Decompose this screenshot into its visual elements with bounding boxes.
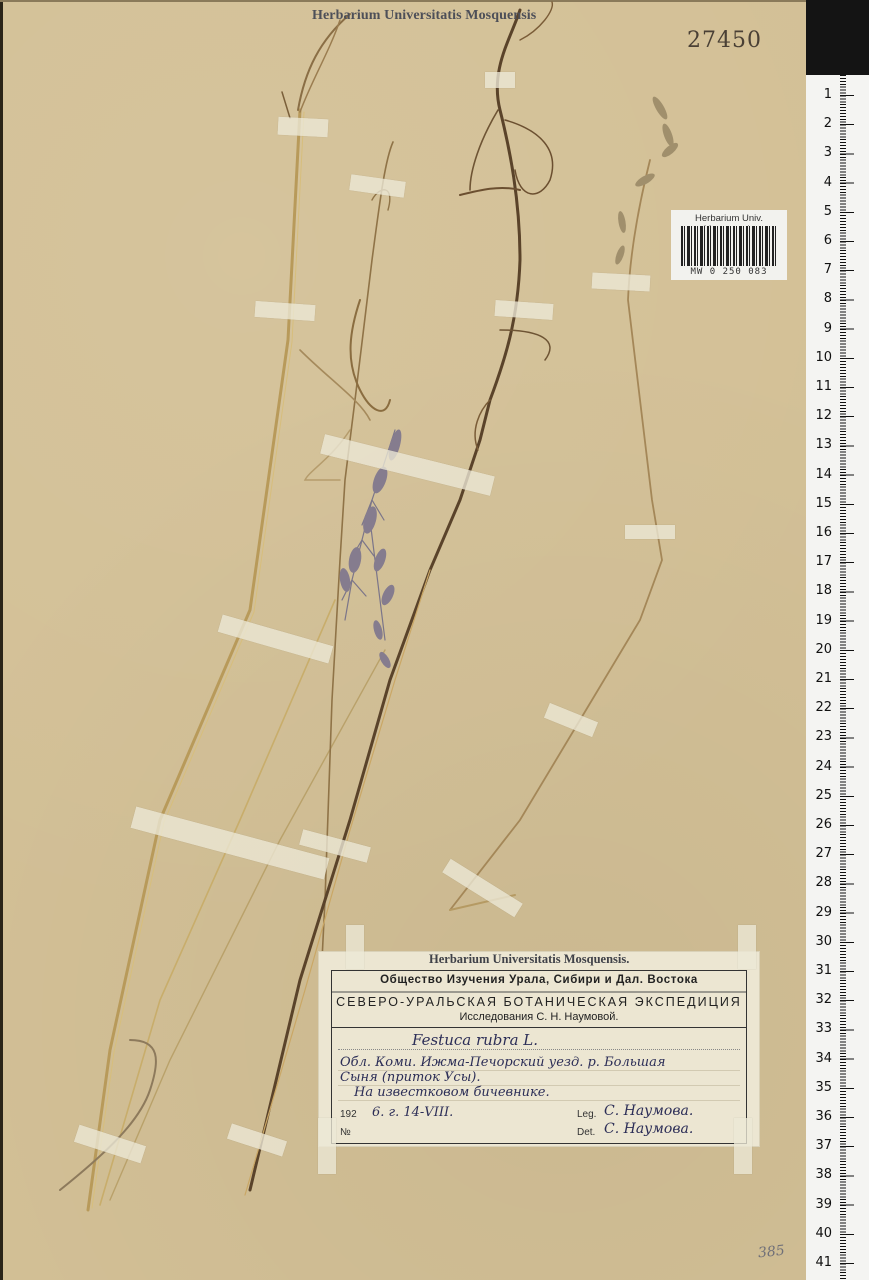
ruler-label: 14 xyxy=(815,467,832,482)
barcode-code: MW 0 250 083 xyxy=(671,267,787,277)
label-expedition: СЕВЕРО-УРАЛЬСКАЯ БОТАНИЧЕСКАЯ ЭКСПЕДИЦИЯ xyxy=(332,995,746,1009)
ruler-label: 20 xyxy=(815,642,832,657)
label-divider xyxy=(332,1027,746,1028)
ruler-label: 5 xyxy=(824,204,832,219)
determiner: С. Наумова. xyxy=(604,1121,693,1137)
cm-ruler: 1234567891011121314151617181920212223242… xyxy=(806,75,869,1280)
mounting-tape xyxy=(734,1118,752,1174)
ruler-label: 3 xyxy=(824,145,832,160)
det-label: Det. xyxy=(577,1127,595,1138)
ruler-label: 31 xyxy=(815,963,832,978)
ruler-label: 29 xyxy=(815,905,832,920)
locality-line-1: Обл. Коми. Ижма-Печорский уезд. р. Больш… xyxy=(340,1055,740,1070)
ruler-label: 39 xyxy=(815,1197,832,1212)
ruler-label: 13 xyxy=(815,437,832,452)
ruler-label: 19 xyxy=(815,613,832,628)
number-label: № xyxy=(340,1127,351,1138)
label-society: Общество Изучения Урала, Сибири и Дал. В… xyxy=(332,974,746,986)
ruler-label: 28 xyxy=(815,875,832,890)
ruler-label: 38 xyxy=(815,1167,832,1182)
label-herbarium-stamp: Herbarium Universitatis Mosquensis. xyxy=(429,952,629,967)
ruler-label: 30 xyxy=(815,934,832,949)
ruler-label: 18 xyxy=(815,583,832,598)
mounting-tape xyxy=(346,925,364,969)
ruler-ticks xyxy=(840,75,854,1280)
species-name: Festuca rubra L. xyxy=(412,1031,538,1049)
label-research: Исследования С. Н. Наумовой. xyxy=(332,1011,746,1023)
herbarium-sheet: Herbarium Universitatis Mosquensis 27450… xyxy=(0,0,806,1280)
ruler-label: 41 xyxy=(815,1255,832,1270)
scan-background xyxy=(806,0,869,75)
ruler-label: 2 xyxy=(824,116,832,131)
label-divider xyxy=(332,991,746,993)
locality-text: Обл. Коми. Ижма-Печорский уезд. р. Больш… xyxy=(340,1055,740,1100)
ruler-label: 1 xyxy=(824,87,832,102)
collection-date: 6. г. 14-VIII. xyxy=(372,1105,453,1120)
ruler-label: 22 xyxy=(815,700,832,715)
ruler-label: 27 xyxy=(815,846,832,861)
mounting-tape xyxy=(485,72,515,88)
locality-line-2: Сыня (приток Усы). xyxy=(340,1070,740,1085)
specimen-label: Herbarium Universitatis Mosquensis. Обще… xyxy=(318,951,760,1147)
ruler-label: 6 xyxy=(824,233,832,248)
label-frame: Общество Изучения Урала, Сибири и Дал. В… xyxy=(331,970,747,1144)
ruler-label: 36 xyxy=(815,1109,832,1124)
ruler-label: 12 xyxy=(815,408,832,423)
ruler-label: 21 xyxy=(815,671,832,686)
ruler-label: 10 xyxy=(815,350,832,365)
pencil-note: 385 xyxy=(757,1243,785,1262)
label-dotted-line xyxy=(338,1049,740,1050)
ruler-label: 26 xyxy=(815,817,832,832)
ruler-label: 7 xyxy=(824,262,832,277)
ruler-label: 23 xyxy=(815,729,832,744)
ruler-label: 25 xyxy=(815,788,832,803)
ruler-label: 34 xyxy=(815,1051,832,1066)
habitat: На известковом бичевнике. xyxy=(340,1085,740,1100)
accession-number: 27450 xyxy=(687,28,762,53)
barcode-label: Herbarium Univ. Mosquensis MW 0 250 083 xyxy=(671,210,787,280)
barcode-icon xyxy=(681,226,777,266)
ruler-label: 11 xyxy=(815,379,832,394)
ruler-label: 35 xyxy=(815,1080,832,1095)
ruler-label: 4 xyxy=(824,175,832,190)
mounting-tape xyxy=(278,117,329,138)
ruler-label: 24 xyxy=(815,759,832,774)
ruler-label: 33 xyxy=(815,1021,832,1036)
herbarium-stamp: Herbarium Universitatis Mosquensis xyxy=(312,8,536,24)
mounting-tape xyxy=(738,925,756,969)
label-rule xyxy=(338,1100,740,1101)
ruler-label: 37 xyxy=(815,1138,832,1153)
ruler-label: 16 xyxy=(815,525,832,540)
mounting-tape xyxy=(318,1118,336,1174)
ruler-label: 15 xyxy=(815,496,832,511)
ruler-label: 8 xyxy=(824,291,832,306)
mounting-tape xyxy=(625,525,675,539)
date-prefix: 192 xyxy=(340,1109,357,1120)
mounting-tape xyxy=(592,272,651,291)
ruler-label: 9 xyxy=(824,321,832,336)
ruler-label: 17 xyxy=(815,554,832,569)
collector: С. Наумова. xyxy=(604,1103,693,1119)
ruler-label: 32 xyxy=(815,992,832,1007)
ruler-label: 40 xyxy=(815,1226,832,1241)
leg-label: Leg. xyxy=(577,1109,596,1120)
